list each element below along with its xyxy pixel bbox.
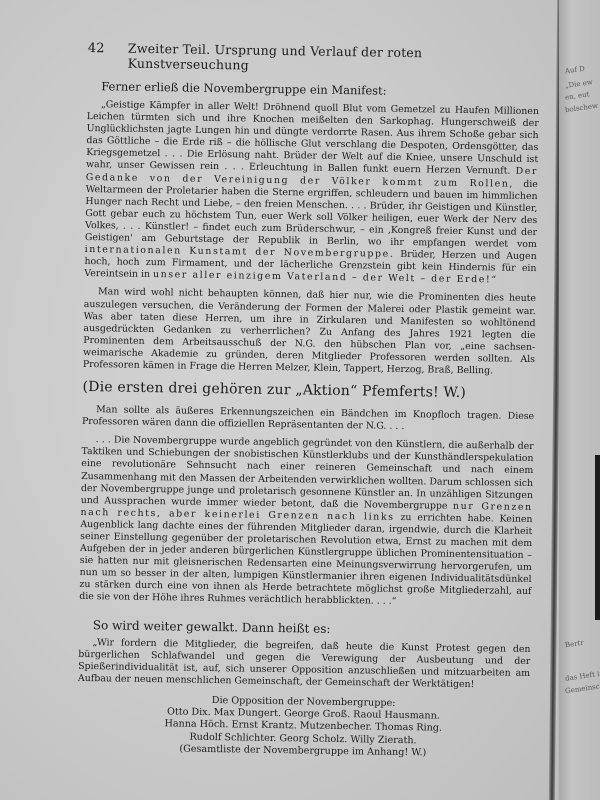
adjacent-fragment: bolschew — [565, 102, 599, 116]
running-head-title: Zweiter Teil. Ursprung und Verlauf der r… — [128, 41, 540, 77]
quote-paragraph-3: „Wir fordern die Mitglieder, die begreif… — [78, 636, 531, 691]
adjacent-fragment: das Heft in — [565, 669, 600, 683]
manifest-text-2: die Weltarmeen der Proletarier haben die… — [85, 178, 538, 250]
signature-block: Die Opposition der Novembergruppe: Otto … — [77, 693, 530, 761]
commentary-paragraph-1: Man wird wohl nicht behaupten können, da… — [83, 286, 536, 378]
adjacent-image-edge — [595, 455, 600, 620]
quote-paragraph-2: . . . Die Novembergruppe wurde angeblich… — [79, 434, 534, 610]
adjacent-fragment: Gemeinschaf — [565, 681, 600, 696]
book-page-left: 42 Zweiter Teil. Ursprung und Verlauf de… — [0, 0, 558, 800]
page-text-block: 42 Zweiter Teil. Ursprung und Verlauf de… — [77, 40, 540, 761]
running-head: 42 Zweiter Teil. Ursprung und Verlauf de… — [88, 40, 540, 77]
adjacent-fragment: Bertr — [564, 639, 584, 651]
adjacent-fragment: Auf D — [564, 65, 585, 77]
commentary-paragraph-2: Man sollte als äußeres Erkennungszeichen… — [82, 404, 534, 435]
manifest-text-1: „Geistige Kämpfer in aller Welt! Dröhnen… — [86, 99, 539, 177]
editor-note-1: (Die ersten drei gehören zur „Aktion“ Pf… — [82, 379, 534, 402]
page-number: 42 — [88, 41, 128, 57]
quote-2-text-2: zu errichten habe. Keinen Augenblick lan… — [79, 512, 532, 608]
manifest-paragraph: „Geistige Kämpfer in aller Welt! Dröhnen… — [84, 99, 539, 287]
adjacent-fragment: „Die ew — [565, 78, 594, 91]
book-page-right-edge: Auf D „Die ew en, eut bolschew Bertr das… — [559, 0, 600, 800]
adjacent-fragment: en, eut — [564, 90, 590, 102]
intro-line: Ferner erließ die Novembergruppe ein Man… — [101, 79, 539, 100]
editor-note-2: So wird weiter gewalkt. Dann heißt es: — [93, 618, 531, 639]
